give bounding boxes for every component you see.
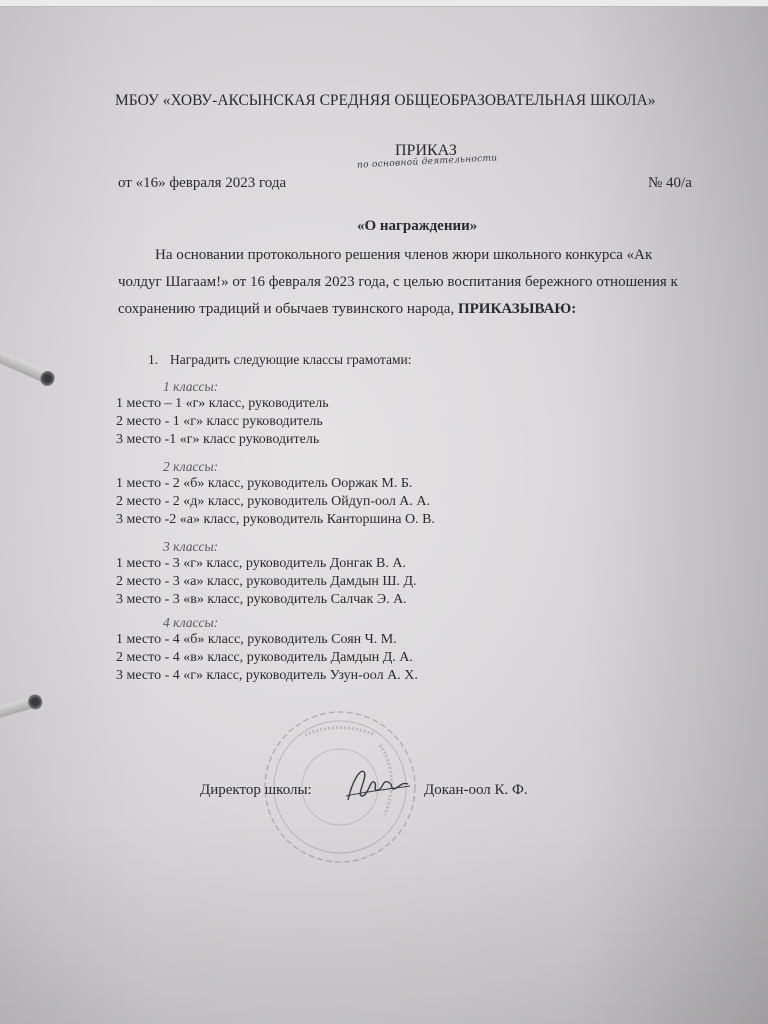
award-place-line: 2 место - 4 «в» класс, руководитель Дамд… <box>116 651 413 665</box>
preamble-line-3: сохранению традиций и обычаев тувинского… <box>118 296 678 323</box>
director-name: Докан-оол К. Ф. <box>424 783 528 798</box>
award-place-line: 1 место – 1 «г» класс, руководитель <box>116 397 329 411</box>
order-word: ПРИКАЗЫВАЮ: <box>458 301 576 317</box>
award-place-line: 2 место - 2 «д» класс, руководитель Ойду… <box>116 495 430 509</box>
item-text: Наградить следующие классы грамотами: <box>170 352 411 367</box>
group-title: 2 классы: <box>163 460 218 474</box>
order-date: от «16» февраля 2023 года <box>118 176 286 191</box>
award-place-line: 3 место - 3 «в» класс, руководитель Салч… <box>116 593 407 607</box>
preamble-line-2: чолдуг Шагаам!» от 16 февраля 2023 года,… <box>118 269 678 296</box>
order-item-1: 1.Наградить следующие классы грамотами: <box>148 353 411 367</box>
item-number: 1. <box>148 353 170 367</box>
award-place-line: 3 место -1 «г» класс руководитель <box>116 433 319 447</box>
director-signature <box>342 762 414 806</box>
preamble-paragraph: На основании протокольного решения члено… <box>118 242 678 323</box>
award-place-line: 1 место - 4 «б» класс, руководитель Соян… <box>116 633 397 647</box>
award-place-line: 3 место -2 «а» класс, руководитель Канто… <box>116 513 435 527</box>
award-place-line: 1 место - 2 «б» класс, руководитель Оорж… <box>116 477 412 491</box>
paper-top-edge <box>0 0 768 7</box>
order-subject: «О награждении» <box>357 219 477 234</box>
order-number: № 40/а <box>648 176 692 191</box>
group-title: 1 классы: <box>163 380 218 394</box>
award-place-line: 1 место - 3 «г» класс, руководитель Донг… <box>116 557 406 571</box>
school-header: МБОУ «ХОВУ-АКСЫНСКАЯ СРЕДНЯЯ ОБЩЕОБРАЗОВ… <box>115 93 655 109</box>
award-place-line: 2 место - 1 «г» класс руководитель <box>116 415 323 429</box>
signature-label: Директор школы: <box>200 783 312 798</box>
group-title: 4 классы: <box>163 616 218 630</box>
preamble-line-1: На основании протокольного решения члено… <box>118 242 678 269</box>
award-place-line: 3 место - 4 «г» класс, руководитель Узун… <box>116 669 418 683</box>
award-place-line: 2 место - 3 «а» класс, руководитель Дамд… <box>116 575 417 589</box>
group-title: 3 классы: <box>163 540 218 554</box>
